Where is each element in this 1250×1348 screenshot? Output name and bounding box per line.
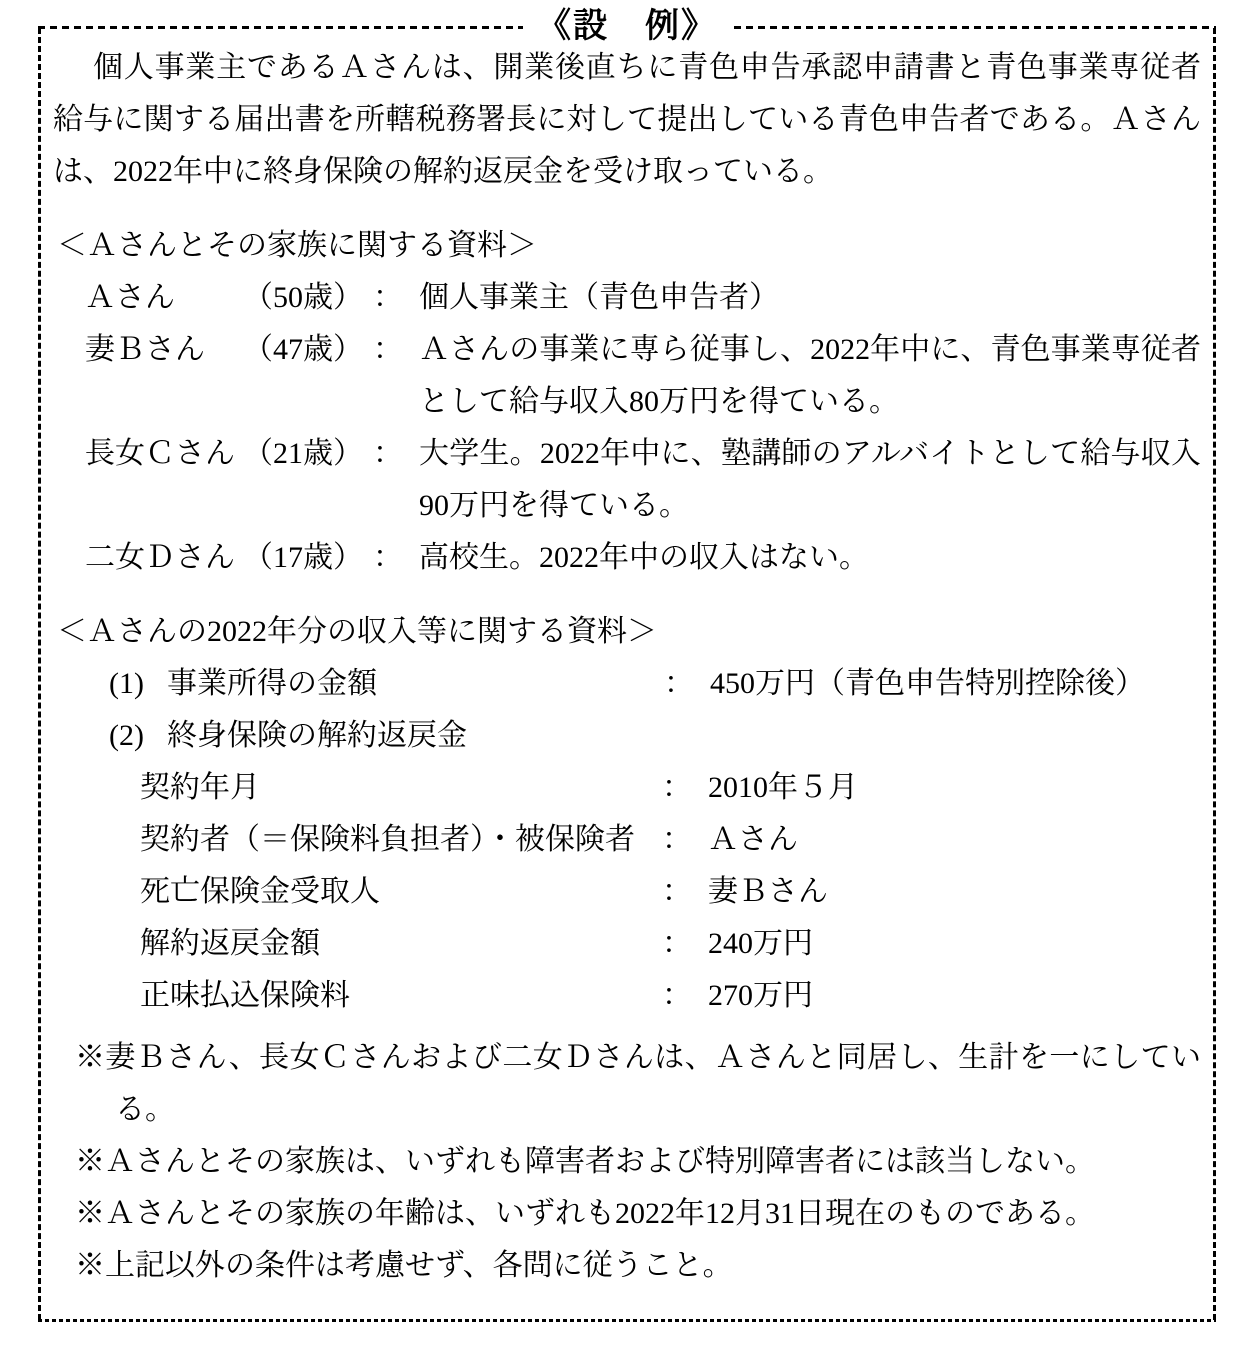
- row-colon: ：: [662, 866, 708, 918]
- detail-label: 正味払込保険料: [140, 970, 662, 1022]
- family-row-d: 二女Ｄさん （17歳） ： 高校生。2022年中の収入はない。: [85, 532, 1201, 584]
- income-item-1: (1) 事業所得の金額 ： 450万円（青色申告特別控除後）: [109, 658, 1201, 710]
- family-member-desc: 大学生。2022年中に、塾講師のアルバイトとして給与収入90万円を得ている。: [419, 428, 1201, 532]
- note-line: ※妻Ｂさん、長女Ｃさんおよび二女Ｄさんは、Ａさんと同居し、生計を一にしている。: [75, 1032, 1201, 1136]
- note-line: ※Ａさんとその家族の年齢は、いずれも2022年12月31日現在のものである。: [75, 1188, 1201, 1240]
- item-label: 終身保険の解約返戻金: [167, 710, 664, 762]
- family-member-age: （21歳）: [243, 428, 373, 532]
- row-colon: ：: [662, 970, 708, 1022]
- family-member-name: 妻Ｂさん: [85, 324, 243, 428]
- item-label: 事業所得の金額: [167, 658, 664, 710]
- detail-value: 2010年５月: [708, 762, 1201, 814]
- policy-detail-contract-date: 契約年月 ： 2010年５月: [140, 762, 1201, 814]
- detail-label: 解約返戻金額: [140, 918, 662, 970]
- family-member-name: 二女Ｄさん: [85, 532, 243, 584]
- detail-label: 契約年月: [140, 762, 662, 814]
- family-member-name: 長女Ｃさん: [85, 428, 243, 532]
- row-colon: ：: [664, 658, 710, 710]
- intro-paragraph: 個人事業主であるＡさんは、開業後直ちに青色申告承認申請書と青色事業専従者給与に関…: [53, 42, 1201, 198]
- item-number: (2): [109, 710, 167, 762]
- item-value: 450万円（青色申告特別控除後）: [710, 658, 1201, 710]
- detail-value: Ａさん: [708, 814, 1201, 866]
- row-colon: ：: [662, 814, 708, 866]
- family-member-desc: 個人事業主（青色申告者）: [419, 272, 1201, 324]
- family-member-desc: 高校生。2022年中の収入はない。: [419, 532, 1201, 584]
- family-section-heading: ＜Ａさんとその家族に関する資料＞: [57, 220, 1201, 272]
- detail-label: 契約者（＝保険料負担者）・被保険者: [140, 814, 662, 866]
- family-member-desc: Ａさんの事業に専ら従事し、2022年中に、青色事業専従者として給与収入80万円を…: [419, 324, 1201, 428]
- item-value: [710, 710, 1201, 762]
- row-colon: ：: [662, 762, 708, 814]
- row-colon: ：: [373, 272, 419, 324]
- family-member-name: Ａさん: [85, 272, 243, 324]
- income-section: ＜Ａさんの2022年分の収入等に関する資料＞ (1) 事業所得の金額 ： 450…: [53, 606, 1201, 1022]
- policy-detail-net-premium: 正味払込保険料 ： 270万円: [140, 970, 1201, 1022]
- policy-detail-beneficiary: 死亡保険金受取人 ： 妻Ｂさん: [140, 866, 1201, 918]
- item-number: (1): [109, 658, 167, 710]
- income-item-2: (2) 終身保険の解約返戻金: [109, 710, 1201, 762]
- family-row-a: Ａさん （50歳） ： 個人事業主（青色申告者）: [85, 272, 1201, 324]
- row-colon: ：: [662, 918, 708, 970]
- detail-value: 270万円: [708, 970, 1201, 1022]
- case-study-box: 《設 例》 個人事業主であるＡさんは、開業後直ちに青色申告承認申請書と青色事業専…: [38, 28, 1216, 1320]
- row-colon: ：: [373, 428, 419, 532]
- note-line: ※上記以外の条件は考慮せず、各問に従うこと。: [75, 1240, 1201, 1292]
- box-title: 《設 例》: [523, 4, 731, 48]
- row-colon: ：: [373, 324, 419, 428]
- detail-value: 妻Ｂさん: [708, 866, 1201, 918]
- policy-detail-surrender-value: 解約返戻金額 ： 240万円: [140, 918, 1201, 970]
- row-colon: ：: [373, 532, 419, 584]
- family-section: ＜Ａさんとその家族に関する資料＞ Ａさん （50歳） ： 個人事業主（青色申告者…: [53, 220, 1201, 584]
- row-colon: [664, 710, 710, 762]
- detail-label: 死亡保険金受取人: [140, 866, 662, 918]
- note-line: ※Ａさんとその家族は、いずれも障害者および特別障害者には該当しない。: [75, 1136, 1201, 1188]
- policy-detail-contractor: 契約者（＝保険料負担者）・被保険者 ： Ａさん: [140, 814, 1201, 866]
- family-row-b: 妻Ｂさん （47歳） ： Ａさんの事業に専ら従事し、2022年中に、青色事業専従…: [85, 324, 1201, 428]
- notes-section: ※妻Ｂさん、長女Ｃさんおよび二女Ｄさんは、Ａさんと同居し、生計を一にしている。 …: [75, 1032, 1201, 1292]
- family-member-age: （17歳）: [243, 532, 373, 584]
- box-content: 個人事業主であるＡさんは、開業後直ちに青色申告承認申請書と青色事業専従者給与に関…: [41, 28, 1213, 1292]
- family-member-age: （47歳）: [243, 324, 373, 428]
- family-member-age: （50歳）: [243, 272, 373, 324]
- detail-value: 240万円: [708, 918, 1201, 970]
- family-row-c: 長女Ｃさん （21歳） ： 大学生。2022年中に、塾講師のアルバイトとして給与…: [85, 428, 1201, 532]
- income-section-heading: ＜Ａさんの2022年分の収入等に関する資料＞: [57, 606, 1201, 658]
